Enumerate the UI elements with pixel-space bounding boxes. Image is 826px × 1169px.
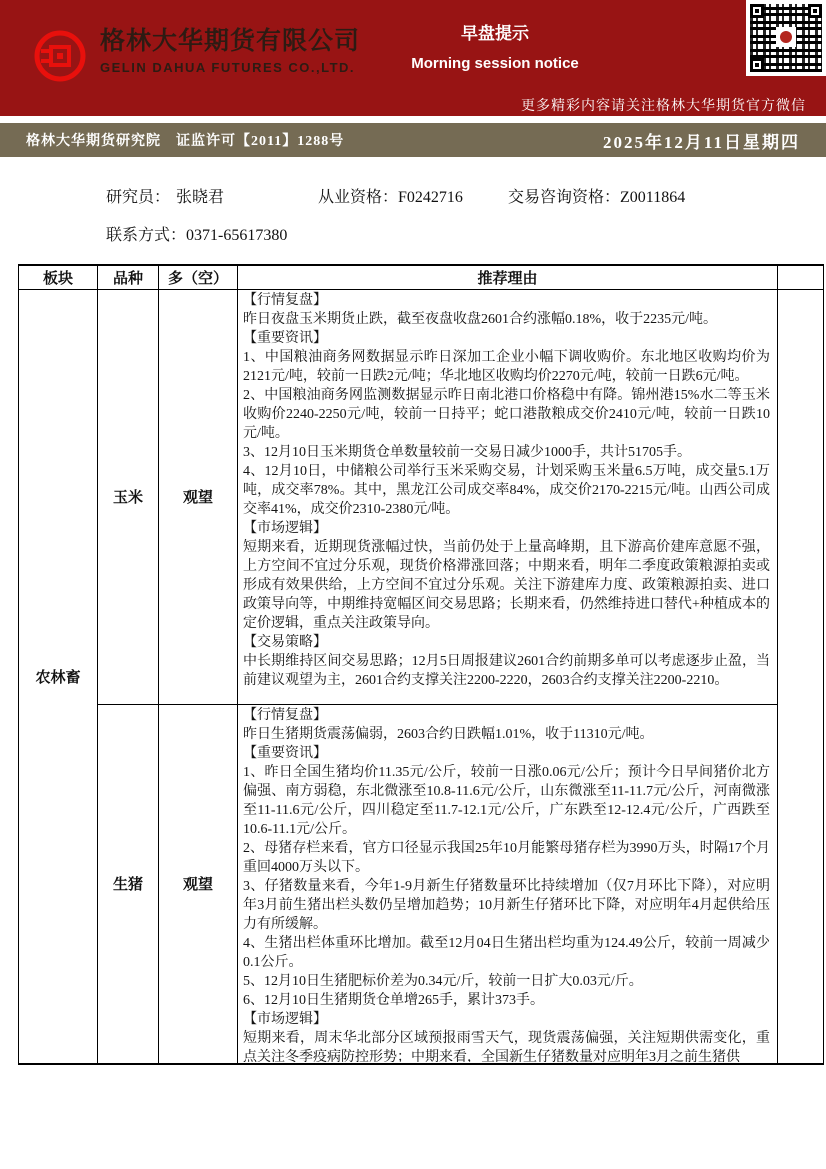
col-header-sector: 板块 [19,265,98,289]
notice-title-cn: 早盘提示 [380,24,610,44]
variety-cell: 生猪 [98,704,159,1064]
section-title: 【行情复盘】 [243,291,770,310]
paragraph: 1、昨日全国生猪均价11.35元/公斤，较前一日涨0.06元/公斤；预计今日早间… [243,763,770,839]
company-name-block: 格林大华期货有限公司 GELIN DAHUA FUTURES CO.,LTD. [100,26,360,75]
institute-license: 格林大华期货研究院 证监许可【2011】1288号 [26,130,344,150]
paragraph: 昨日夜盘玉米期货止跌，截至夜盘收盘2601合约涨幅0.18%，收于2235元/吨… [243,310,770,329]
researcher-name: 张晓君 [176,189,224,206]
table-row: 生猪 观望 【行情复盘】 昨日生猪期货震荡偏弱，2603合约日跌幅1.01%，收… [19,704,824,1064]
variety-cell: 玉米 [98,289,159,704]
reason-content: 【行情复盘】 昨日夜盘玉米期货止跌，截至夜盘收盘2601合约涨幅0.18%，收于… [243,291,770,703]
header-banner: 格林大华期货有限公司 GELIN DAHUA FUTURES CO.,LTD. … [0,0,826,116]
researcher-field: 研究员：张晓君 [106,184,224,207]
paragraph: 5、12月10日生猪肥标价差为0.34元/斤，较前一日扩大0.03元/斤。 [243,972,770,991]
contact-field: 联系方式：0371-65617380 [106,222,287,245]
notice-title-en: Morning session notice [380,55,610,72]
wechat-tip: 更多精彩内容请关注格林大华期货官方微信 [521,95,806,115]
col-header-empty [778,265,824,289]
position-cell: 观望 [159,704,238,1064]
paragraph: 3、12月10日玉米期货仓单数量较前一交易日减少1000手，共计51705手。 [243,443,770,462]
col-header-variety: 品种 [98,265,159,289]
contact-value: 0371-65617380 [186,227,287,244]
section-title: 【交易策略】 [243,633,770,652]
paragraph: 1、中国粮油商务网数据显示昨日深加工企业小幅下调收购价。东北地区收购均价为212… [243,348,770,386]
paragraph: 4、12月10日，中储粮公司举行玉米采购交易，计划采购玉米量6.5万吨，成交量5… [243,462,770,519]
paragraph: 中长期维持区间交易思路；12月5日周报建议2601合约前期多单可以考虑逐步止盈，… [243,652,770,690]
qr-finder-icon [750,4,764,18]
researcher-line-2: 联系方式：0371-65617380 [0,222,826,242]
qr-finder-icon [750,58,764,72]
paragraph: 昨日生猪期货震荡偏弱，2603合约日跌幅1.01%，收于11310元/吨。 [243,725,770,744]
advisory-label: 交易咨询资格： [508,189,620,206]
col-header-reason: 推荐理由 [238,265,778,289]
position-cell: 观望 [159,289,238,704]
section-title: 【市场逻辑】 [243,1010,770,1029]
paragraph: 6、12月10日生猪期货仓单增265手，累计373手。 [243,991,770,1010]
table-row: 农林畜 玉米 观望 【行情复盘】 昨日夜盘玉米期货止跌，截至夜盘收盘2601合约… [19,289,824,704]
wechat-qr-code [746,0,826,76]
qr-finder-icon [808,4,822,18]
researcher-line-1: 研究员：张晓君 从业资格：F0242716 交易咨询资格：Z0011864 [0,184,826,204]
company-logo-icon [33,29,87,83]
reason-cell: 【行情复盘】 昨日夜盘玉米期货止跌，截至夜盘收盘2601合约涨幅0.18%，收于… [238,289,778,704]
contact-label: 联系方式： [106,227,186,244]
section-title: 【行情复盘】 [243,706,770,725]
paragraph: 4、生猪出栏体重环比增加。截至12月04日生猪出栏均重为124.49公斤，较前一… [243,934,770,972]
advisory-field: 交易咨询资格：Z0011864 [508,184,685,207]
company-name-en: GELIN DAHUA FUTURES CO.,LTD. [100,60,360,75]
paragraph: 短期来看，周末华北部分区域预报雨雪天气，现货震荡偏强，关注短期供需变化，重点关注… [243,1029,770,1062]
reason-content: 【行情复盘】 昨日生猪期货震荡偏弱，2603合约日跌幅1.01%，收于11310… [243,706,770,1062]
advisory-value: Z0011864 [620,189,685,206]
paragraph: 2、中国粮油商务网监测数据显示昨日南北港口价格稳中有降。锦州港15%水二等玉米收… [243,386,770,443]
qualification-label: 从业资格： [318,189,398,206]
col-header-position: 多（空） [159,265,238,289]
reason-cell: 【行情复盘】 昨日生猪期货震荡偏弱，2603合约日跌幅1.01%，收于11310… [238,704,778,1064]
researcher-label: 研究员： [106,189,170,206]
company-name-cn: 格林大华期货有限公司 [100,26,360,56]
section-title: 【重要资讯】 [243,329,770,348]
report-date: 2025年12月11日星期四 [603,128,800,153]
document-page: 格林大华期货有限公司 GELIN DAHUA FUTURES CO.,LTD. … [0,0,826,1169]
recommendation-table: 板块 品种 多（空） 推荐理由 农林畜 玉米 观望 【行情复盘】 昨日夜盘玉米期… [18,264,824,1065]
qualification-field: 从业资格：F0242716 [318,184,463,207]
paragraph: 3、仔猪数量来看，今年1-9月新生仔猪数量环比持续增加（仅7月环比下降），对应明… [243,877,770,934]
section-title: 【市场逻辑】 [243,519,770,538]
qualification-value: F0242716 [398,189,463,206]
table-header-row: 板块 品种 多（空） 推荐理由 [19,265,824,289]
qr-center-logo-icon [776,27,796,47]
empty-cell [778,289,824,1064]
notice-title-block: 早盘提示 Morning session notice [380,24,610,72]
sector-cell: 农林畜 [19,289,98,1064]
paragraph: 2、母猪存栏来看，官方口径显示我国25年10月能繁母猪存栏为3990万头，时隔1… [243,839,770,877]
section-title: 【重要资讯】 [243,744,770,763]
paragraph: 短期来看，近期现货涨幅过快，当前仍处于上量高峰期，且下游高价建库意愿不强，上方空… [243,538,770,633]
institute-bar: 格林大华期货研究院 证监许可【2011】1288号 2025年12月11日星期四 [0,123,826,157]
